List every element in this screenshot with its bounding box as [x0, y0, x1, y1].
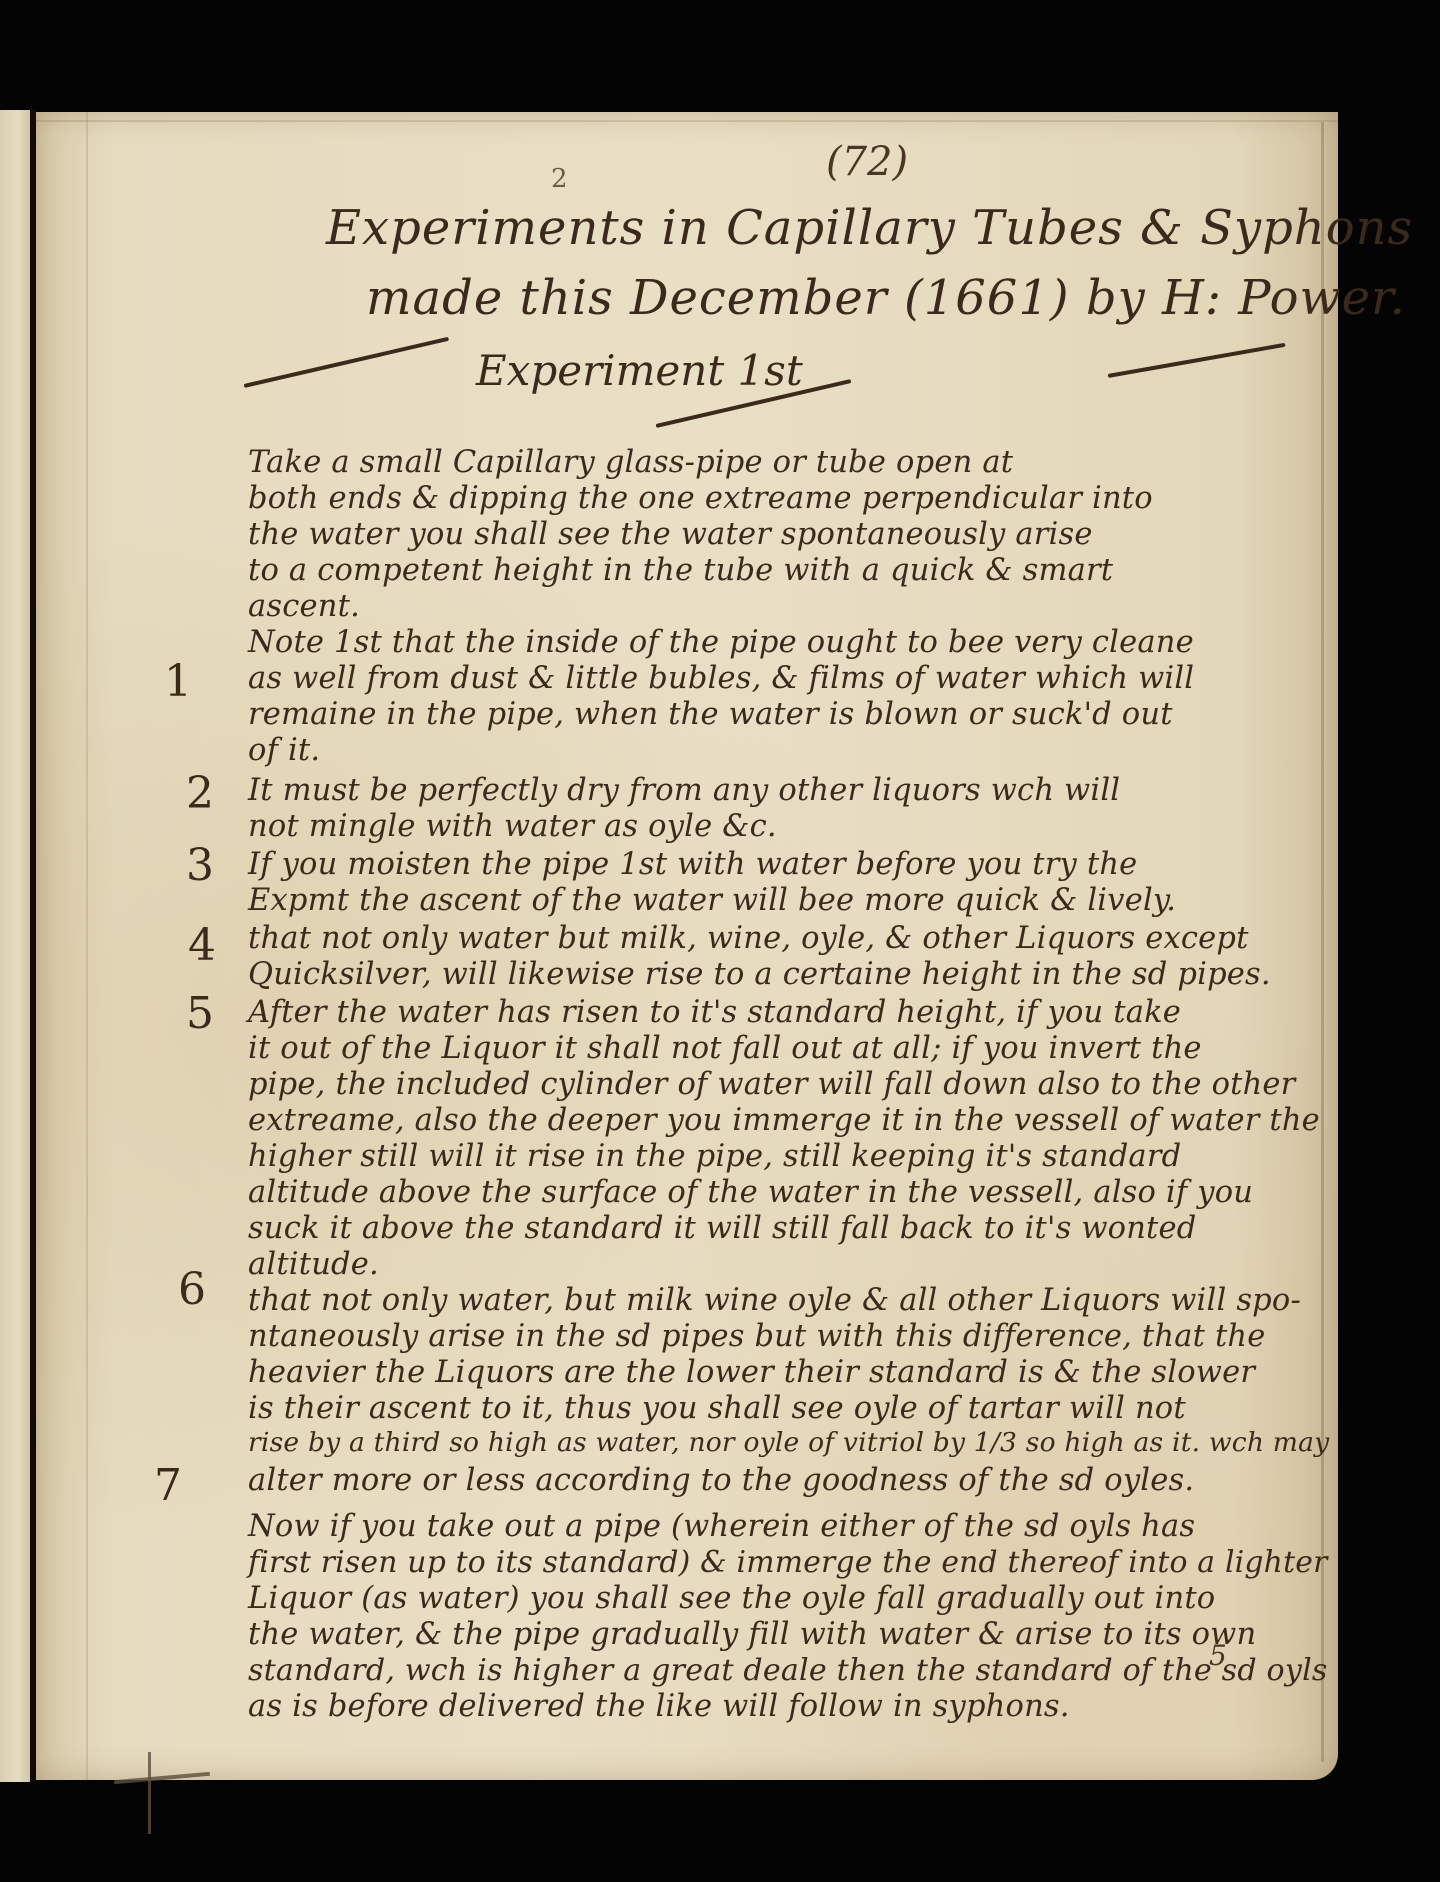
margin-number-5: 5 — [186, 992, 214, 1036]
text-line: heavier the Liquors are the lower their … — [248, 1358, 1255, 1389]
margin-number-1: 1 — [164, 660, 192, 704]
margin-number-4: 4 — [188, 924, 216, 968]
experiment-heading: Experiment 1st — [476, 350, 803, 392]
pencil-mark: 2 — [551, 166, 568, 192]
text-line: ntaneously arise in the sd pipes but wit… — [248, 1322, 1266, 1353]
text-line: is their ascent to it, thus you shall se… — [248, 1394, 1186, 1425]
title-line-2: made this December (1661) by H: Power. — [366, 274, 1406, 322]
text-line: Quicksilver, will likewise rise to a cer… — [248, 960, 1271, 991]
flourish-right — [1108, 343, 1286, 378]
catchword-mark: 5 — [1209, 1642, 1227, 1670]
text-line: Expmt the ascent of the water will bee m… — [248, 886, 1176, 917]
text-line: rise by a third so high as water, nor oy… — [248, 1430, 1329, 1457]
text-line: that not only water but milk, wine, oyle… — [248, 924, 1249, 955]
text-line: to a competent height in the tube with a… — [248, 556, 1113, 587]
text-line: that not only water, but milk wine oyle … — [248, 1286, 1301, 1317]
text-line: altitude. — [248, 1250, 379, 1281]
text-line: Now if you take out a pipe (wherein eith… — [248, 1512, 1195, 1543]
text-line: Note 1st that the inside of the pipe oug… — [248, 628, 1194, 659]
facing-page-edge — [0, 110, 30, 1782]
text-line: the water, & the pipe gradually fill wit… — [248, 1620, 1256, 1651]
text-line: Liquor (as water) you shall see the oyle… — [248, 1584, 1215, 1615]
title-line-1: Experiments in Capillary Tubes & Syphons — [326, 204, 1413, 252]
margin-number-7: 7 — [154, 1464, 182, 1508]
margin-cross-mark — [148, 1752, 151, 1834]
text-line: alter more or less according to the good… — [248, 1466, 1194, 1497]
text-line: remaine in the pipe, when the water is b… — [248, 700, 1173, 731]
text-line: as is before delivered the like will fol… — [248, 1692, 1070, 1723]
text-line: It must be perfectly dry from any other … — [248, 776, 1120, 807]
text-line: it out of the Liquor it shall not fall o… — [248, 1034, 1202, 1065]
text-line: of it. — [248, 736, 320, 767]
text-line: suck it above the standard it will still… — [248, 1214, 1196, 1245]
text-line: pipe, the included cylinder of water wil… — [248, 1070, 1295, 1101]
text-line: the water you shall see the water sponta… — [248, 520, 1093, 551]
text-line: Take a small Capillary glass-pipe or tub… — [248, 448, 1013, 479]
text-line: If you moisten the pipe 1st with water b… — [248, 850, 1137, 881]
margin-number-2: 2 — [186, 772, 214, 816]
manuscript-page: (72) 2 Experiments in Capillary Tubes & … — [36, 112, 1338, 1780]
text-line: After the water has risen to it's standa… — [248, 998, 1181, 1029]
flourish-left — [244, 337, 450, 388]
text-line: not mingle with water as oyle &c. — [248, 812, 777, 843]
margin-number-3: 3 — [186, 844, 214, 888]
page-edge-fold — [1321, 122, 1324, 1762]
margin-number-6: 6 — [178, 1268, 206, 1312]
text-line: higher still will it rise in the pipe, s… — [248, 1142, 1181, 1173]
folio-number: (72) — [826, 142, 908, 182]
text-line: altitude above the surface of the water … — [248, 1178, 1253, 1209]
text-line: first risen up to its standard) & immerg… — [248, 1548, 1328, 1578]
text-line: ascent. — [248, 592, 360, 623]
text-line: both ends & dipping the one extreame per… — [248, 484, 1153, 515]
margin-cross-mark-bar — [114, 1772, 210, 1784]
text-line: as well from dust & little bubles, & fil… — [248, 664, 1194, 695]
text-line: standard, wch is higher a great deale th… — [248, 1656, 1328, 1686]
text-line: extreame, also the deeper you immerge it… — [248, 1106, 1320, 1137]
